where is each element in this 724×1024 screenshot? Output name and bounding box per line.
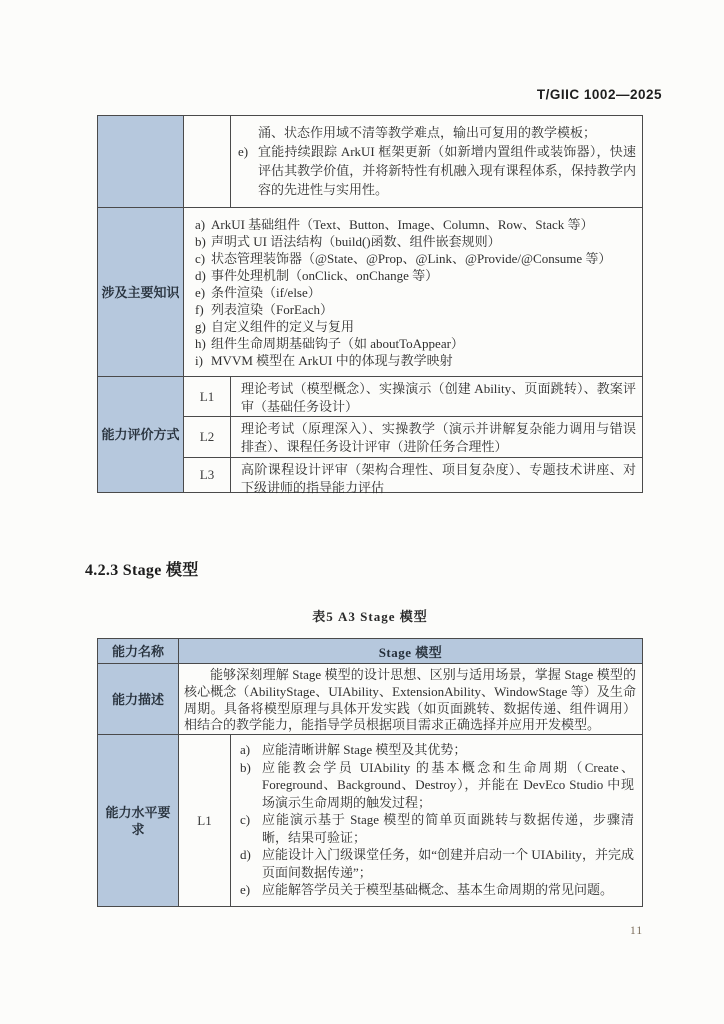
list-marker: h) <box>195 335 211 352</box>
table-row: 能力水平要求 L1 a)应能清晰讲解 Stage 模型及其优势； b)应能教会学… <box>98 735 642 906</box>
list-item: h)组件生命周期基础钩子（如 aboutToAppear） <box>195 335 636 352</box>
row-label-requirements: 能力水平要求 <box>98 735 179 906</box>
list-text: 应能解答学员关于模型基础概念、基本生命周期的常见问题。 <box>262 881 634 899</box>
row-label-evaluation: 能力评价方式 <box>98 377 184 492</box>
list-item: c)应能演示基于 Stage 模型的简单页面跳转与数据传递，步骤清晰，结果可验证… <box>240 811 634 846</box>
list-item: e)条件渲染（if/else） <box>195 284 636 301</box>
list-text: 自定义组件的定义与复用 <box>211 318 636 335</box>
document-page: T/GIIC 1002—2025 涌、状态作用域不清等教学难点，输出可复用的教学… <box>0 0 724 1024</box>
list-text: 应能清晰讲解 Stage 模型及其优势； <box>262 741 634 759</box>
level-description: 高阶课程设计评审（架构合理性、项目复杂度）、专题技术讲座、对下级讲师的指导能力评… <box>231 458 642 492</box>
list-item: c)状态管理装饰器（@State、@Prop、@Link、@Provide/@C… <box>195 250 636 267</box>
list-marker: e) <box>195 284 211 301</box>
list-text: 应能设计入门级课堂任务，如“创建并启动一个 UIAbility，并完成页面间数据… <box>262 846 634 881</box>
level-row: L1 理论考试（模型概念）、实操演示（创建 Ability、页面跳转）、教案评审… <box>184 377 642 417</box>
list-marker: e) <box>240 881 262 899</box>
knowledge-list-cell: a)ArkUI 基础组件（Text、Button、Image、Column、Ro… <box>184 208 642 376</box>
list-item: b)应能教会学员 UIAbility 的基本概念和生命周期（Create、For… <box>240 759 634 812</box>
list-item: d)应能设计入门级课堂任务，如“创建并启动一个 UIAbility，并完成页面间… <box>240 846 634 881</box>
table-row: 涉及主要知识 a)ArkUI 基础组件（Text、Button、Image、Co… <box>98 208 642 377</box>
level-badge: L2 <box>184 417 231 457</box>
list-marker: d) <box>195 267 211 284</box>
list-marker: a) <box>195 216 211 233</box>
section-heading: 4.2.3 Stage 模型 <box>85 557 199 580</box>
list-text: 声明式 UI 语法结构（build()函数、组件嵌套规则） <box>211 233 636 250</box>
list-marker: a) <box>240 741 262 759</box>
list-item: g)自定义组件的定义与复用 <box>195 318 636 335</box>
stage-model-table: 能力名称 Stage 模型 能力描述 能够深刻理解 Stage 模型的设计思想、… <box>97 638 643 907</box>
list-text: 条件渲染（if/else） <box>211 284 636 301</box>
table-row: 能力名称 Stage 模型 <box>98 639 642 664</box>
list-text: MVVM 模型在 ArkUI 中的体现与教学映射 <box>211 352 636 369</box>
level-description: 理论考试（模型概念）、实操演示（创建 Ability、页面跳转）、教案评审（基础… <box>231 377 642 416</box>
list-marker: g) <box>195 318 211 335</box>
list-text: 状态管理装饰器（@State、@Prop、@Link、@Provide/@Con… <box>211 250 636 267</box>
continuation-line: 涌、状态作用域不清等教学难点，输出可复用的教学模板； <box>258 123 636 142</box>
level-row: L2 理论考试（原理深入）、实操教学（演示并讲解复杂能力调用与错误排查）、课程任… <box>184 417 642 458</box>
list-text: 应能演示基于 Stage 模型的简单页面跳转与数据传递，步骤清晰，结果可验证； <box>262 811 634 846</box>
list-text: 组件生命周期基础钩子（如 aboutToAppear） <box>211 335 636 352</box>
list-marker: c) <box>240 811 262 829</box>
table-row: 涌、状态作用域不清等教学难点，输出可复用的教学模板； e) 宜能持续跟踪 Ark… <box>98 116 642 208</box>
list-item: b)声明式 UI 语法结构（build()函数、组件嵌套规则） <box>195 233 636 250</box>
list-item: i)MVVM 模型在 ArkUI 中的体现与教学映射 <box>195 352 636 369</box>
table-caption: 表5 A3 Stage 模型 <box>97 606 643 625</box>
list-marker: c) <box>195 250 211 267</box>
list-item: e) 宜能持续跟踪 ArkUI 框架更新（如新增内置组件或装饰器），快速评估其教… <box>238 142 636 199</box>
level-badge: L1 <box>184 377 231 416</box>
table-row: 能力描述 能够深刻理解 Stage 模型的设计思想、区别与适用场景，掌握 Sta… <box>98 664 642 735</box>
table-row: 能力评价方式 L1 理论考试（模型概念）、实操演示（创建 Ability、页面跳… <box>98 377 642 492</box>
row-label-description: 能力描述 <box>98 664 179 734</box>
doc-code-header: T/GIIC 1002—2025 <box>537 87 662 102</box>
list-marker: d) <box>240 846 262 864</box>
list-item: a)应能清晰讲解 Stage 模型及其优势； <box>240 741 634 759</box>
list-item: e)应能解答学员关于模型基础概念、基本生命周期的常见问题。 <box>240 881 634 899</box>
level-row: L3 高阶课程设计评审（架构合理性、项目复杂度）、专题技术讲座、对下级讲师的指导… <box>184 458 642 492</box>
page-number: 11 <box>630 925 643 937</box>
level-badge: L3 <box>184 458 231 492</box>
list-item: f)列表渲染（ForEach） <box>195 301 636 318</box>
row-label-name: 能力名称 <box>98 639 179 663</box>
list-text: 应能教会学员 UIAbility 的基本概念和生命周期（Create、Foreg… <box>262 759 634 812</box>
row-label-knowledge: 涉及主要知识 <box>98 208 184 376</box>
teaching-difficulty-cell: 涌、状态作用域不清等教学难点，输出可复用的教学模板； e) 宜能持续跟踪 Ark… <box>231 116 642 207</box>
capability-description: 能够深刻理解 Stage 模型的设计思想、区别与适用场景，掌握 Stage 模型… <box>179 664 642 734</box>
list-marker: b) <box>195 233 211 250</box>
evaluation-levels: L1 理论考试（模型概念）、实操演示（创建 Ability、页面跳转）、教案评审… <box>184 377 642 492</box>
knowledge-evaluation-table: 涌、状态作用域不清等教学难点，输出可复用的教学模板； e) 宜能持续跟踪 Ark… <box>97 115 643 493</box>
list-marker: e) <box>238 142 258 161</box>
list-marker: i) <box>195 352 211 369</box>
list-text: 宜能持续跟踪 ArkUI 框架更新（如新增内置组件或装饰器），快速评估其教学价值… <box>258 142 636 199</box>
requirement-list-cell: a)应能清晰讲解 Stage 模型及其优势； b)应能教会学员 UIAbilit… <box>231 735 642 906</box>
level-badge: L1 <box>179 735 231 906</box>
list-text: 列表渲染（ForEach） <box>211 301 636 318</box>
row-label-empty <box>98 116 184 207</box>
list-text: 事件处理机制（onClick、onChange 等） <box>211 267 636 284</box>
list-item: d)事件处理机制（onClick、onChange 等） <box>195 267 636 284</box>
level-description: 理论考试（原理深入）、实操教学（演示并讲解复杂能力调用与错误排查）、课程任务设计… <box>231 417 642 457</box>
list-item: a)ArkUI 基础组件（Text、Button、Image、Column、Ro… <box>195 216 636 233</box>
level-cell-empty <box>184 116 231 207</box>
list-marker: f) <box>195 301 211 318</box>
list-text: ArkUI 基础组件（Text、Button、Image、Column、Row、… <box>211 216 636 233</box>
capability-name-value: Stage 模型 <box>179 639 642 663</box>
list-marker: b) <box>240 759 262 777</box>
